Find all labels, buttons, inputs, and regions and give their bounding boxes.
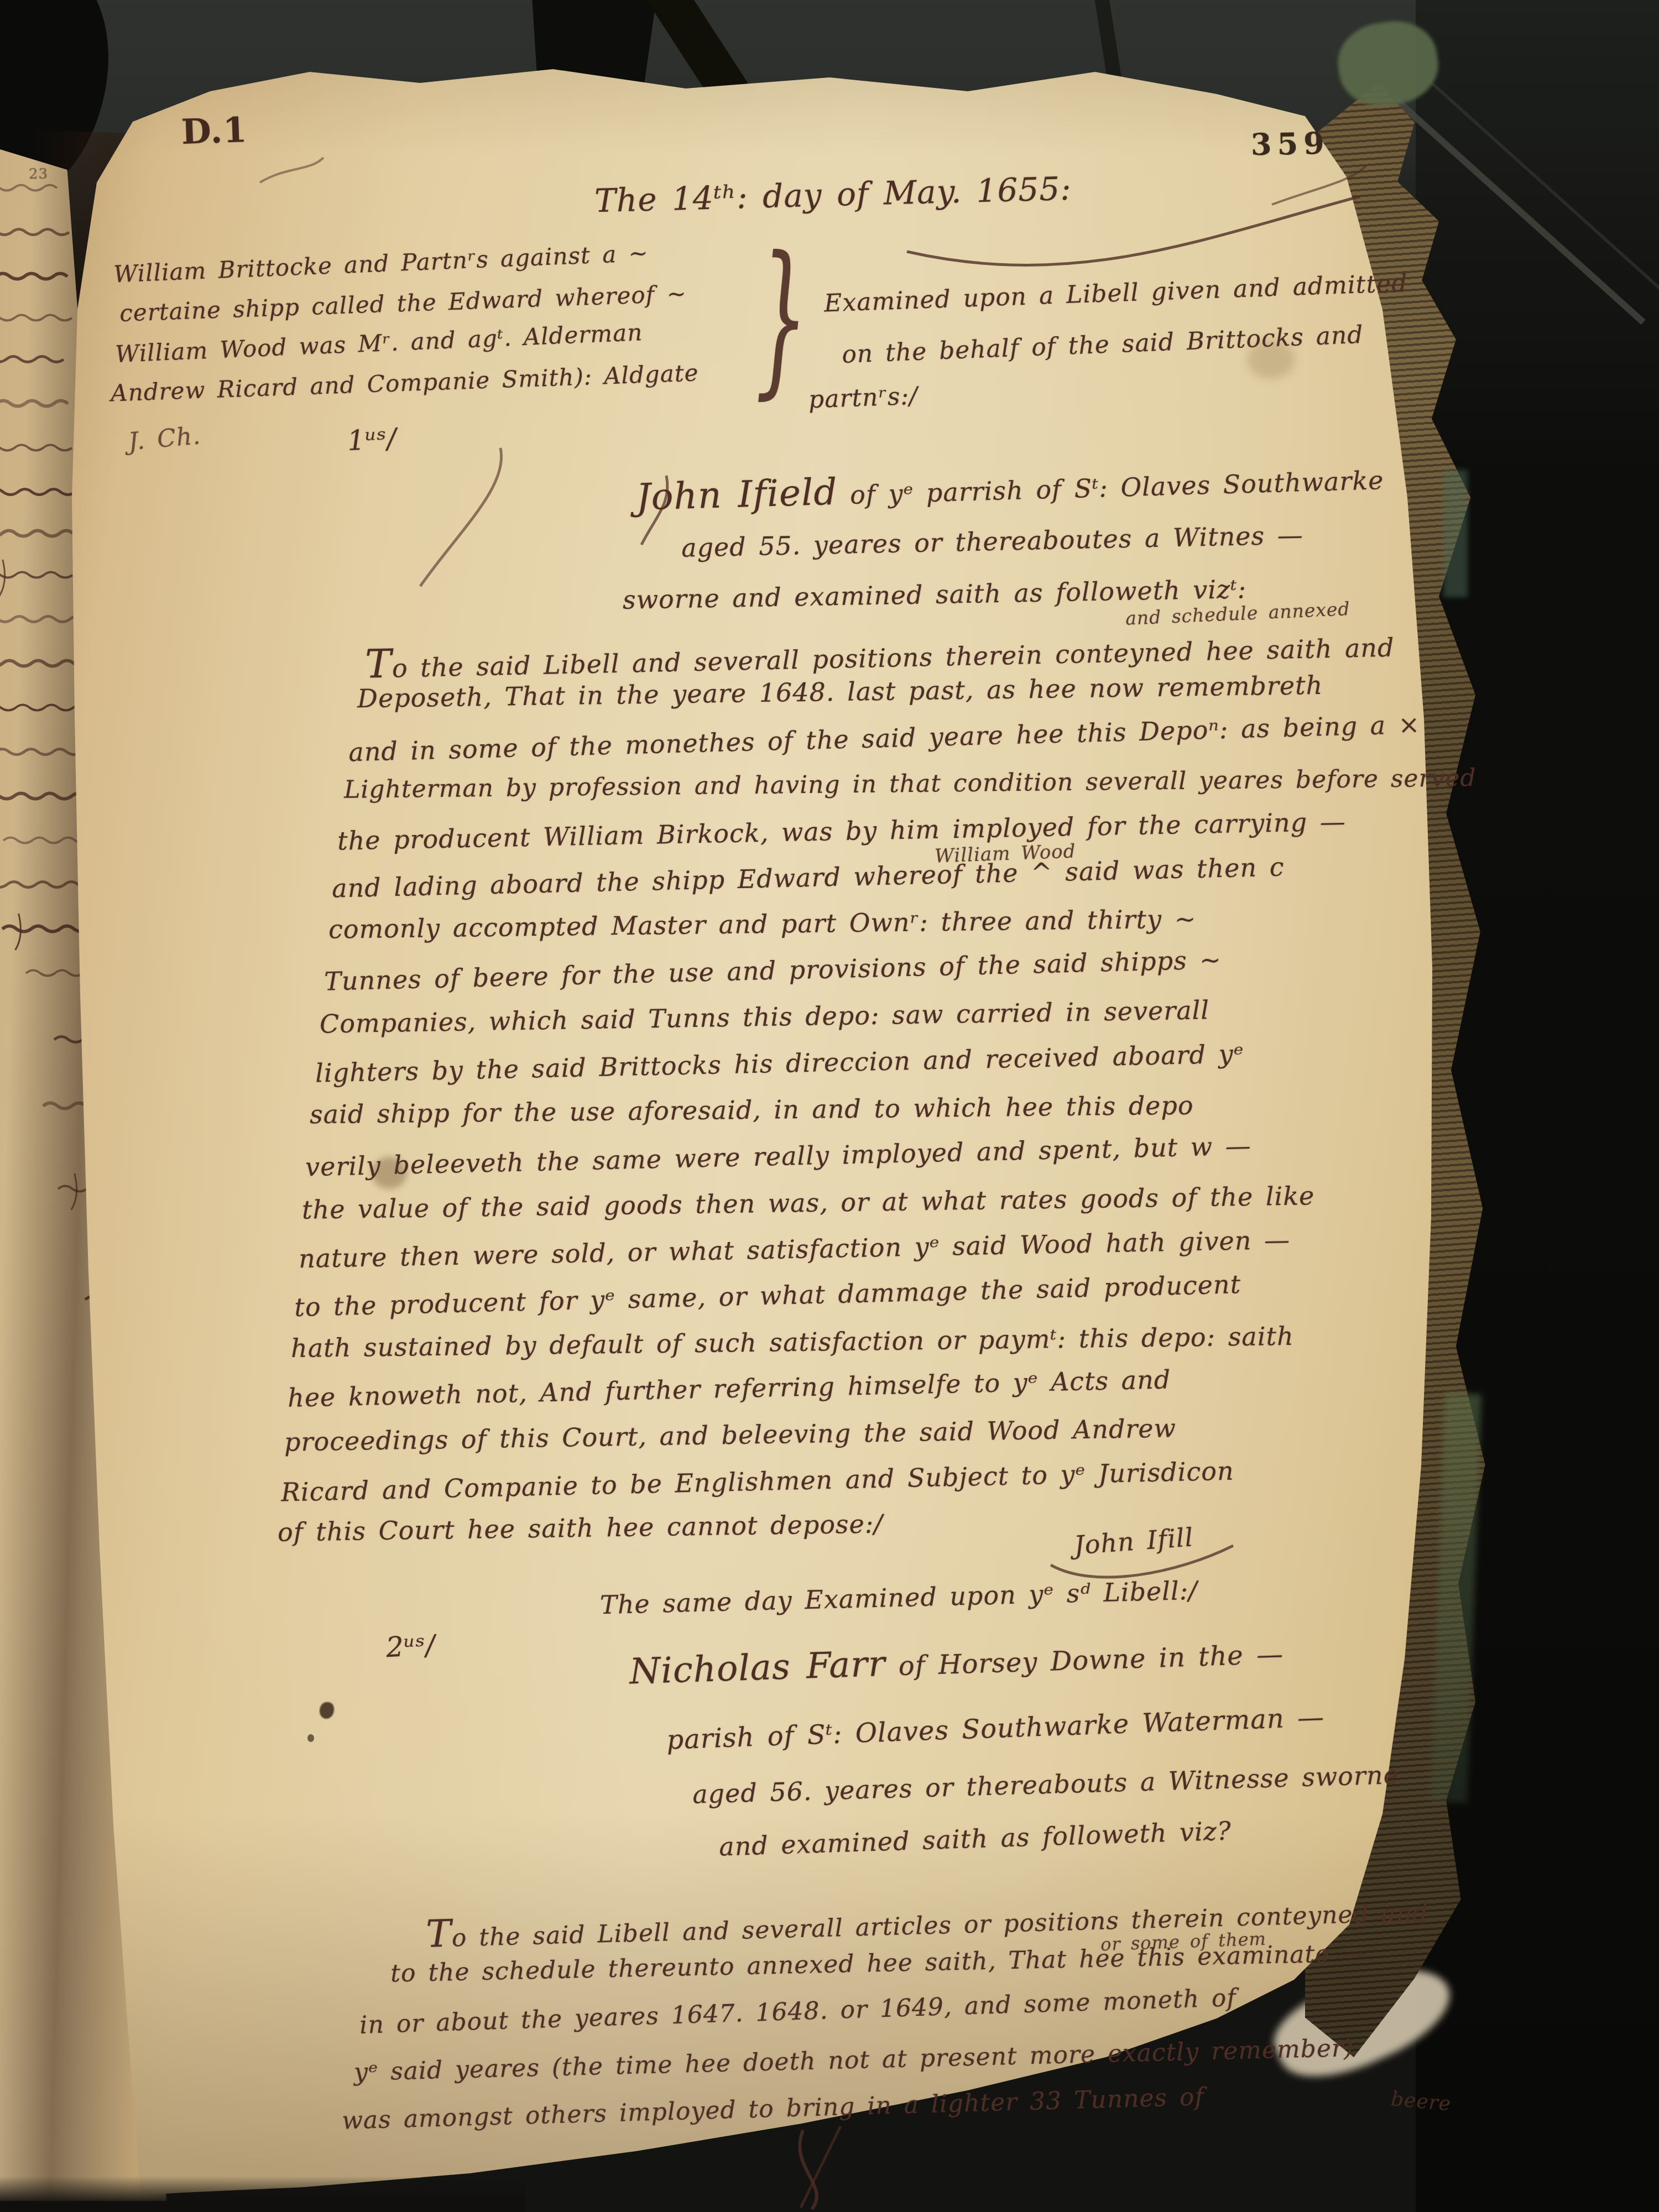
pen-flourishes xyxy=(0,0,1659,2212)
photograph-of-manuscript: D.1 23 359 The 14ᵗʰ: day of May. 1655: W… xyxy=(0,0,1659,2212)
